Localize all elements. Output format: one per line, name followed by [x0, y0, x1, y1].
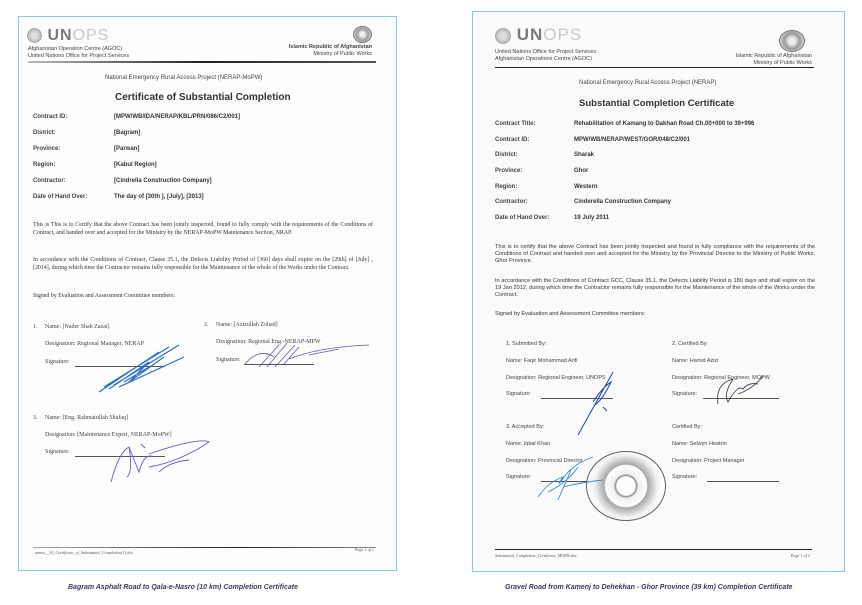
signed-by-paragraph: Signed by Evaluation and Assessment Comm…: [495, 311, 815, 318]
field-value: 19 July 2011: [574, 215, 609, 221]
field-label: District:: [495, 152, 518, 158]
field-label: Contractor:: [33, 178, 66, 184]
field-label: Province:: [495, 168, 522, 174]
gov-line-2: Ministry of Public Works: [313, 51, 372, 57]
signatory-name: Name: [Nader Shah Zazai]: [45, 324, 109, 330]
signatory-role: 3. Accepted By:: [506, 424, 544, 430]
org-line-1: United Nations Office for Project Servic…: [495, 49, 596, 55]
project-name: National Emergency Rural Access Project …: [579, 80, 716, 86]
defects-liability-paragraph: In accordance with the Conditions of Con…: [33, 257, 373, 272]
field-label: Contract ID:: [495, 137, 529, 143]
field-value: Cinderella Construction Company: [574, 199, 671, 205]
field-label: Date of Hand Over:: [495, 215, 549, 221]
certification-paragraph: This is to certify that the above Contra…: [495, 244, 815, 266]
caption-ghor: Gravel Road from Kamenj to Dehekhan - Gh…: [505, 584, 792, 591]
certificate-bagram: UNOPS Afghanistan Operation Centre (AGOC…: [18, 16, 397, 571]
signature-label: Signature:: [45, 449, 70, 455]
signatory-role: Certified By:: [672, 424, 702, 430]
certification-paragraph: This is This is to Certify that the abov…: [33, 222, 373, 237]
signatory-number: 2.: [204, 322, 209, 328]
signature-scribble-icon: [229, 337, 379, 372]
footer-rule: [33, 547, 376, 548]
field-value: Sharak: [574, 152, 594, 158]
signatory-number: 3.: [33, 415, 38, 421]
footer-rule: [495, 549, 812, 550]
org-line-2: United Nations Office for Project Servic…: [28, 53, 129, 59]
signature-label: Signature:: [506, 474, 531, 480]
signatory-name: Name: [Azizullah Zohad]: [216, 322, 278, 328]
signatory-name: Name: Iqbal Khan: [506, 441, 550, 447]
signature-scribble-icon: [573, 367, 623, 437]
gov-line-1: Islamic Republic of Afghanistan: [289, 44, 372, 50]
defects-liability-paragraph: In accordance with the Conditions of Con…: [495, 278, 815, 300]
field-value: [Cindrella Construction Company]: [114, 178, 212, 184]
un-globe-icon: [495, 28, 511, 44]
signature-label: Signature:: [672, 391, 697, 397]
un-globe-icon: [27, 28, 42, 43]
field-value: [Parwan]: [114, 146, 139, 152]
signatory-number: 1.: [33, 324, 38, 330]
field-value: [Bagram]: [114, 130, 140, 136]
header-rule: [495, 67, 814, 68]
caption-bagram: Bagram Asphalt Road to Qala-e-Nasro (10 …: [68, 584, 298, 591]
field-value: Ghor: [574, 168, 588, 174]
signatory-role: 2. Certified By:: [672, 341, 708, 347]
gov-line-2: Ministry of Public Works: [753, 60, 812, 66]
project-name: National Emergency Rural Access Project …: [105, 75, 262, 81]
field-label: Contract Title:: [495, 121, 536, 127]
org-line-2: Afghanistan Operations Centre (AGOC): [495, 56, 592, 62]
signatory-name: Name: Selwyn Heaton: [672, 441, 727, 447]
field-label: Contract ID:: [33, 114, 67, 120]
footer-filename: annex__30_Certificate_of_Substantial_Com…: [35, 550, 133, 555]
certificate-title: Certificate of Substantial Completion: [115, 92, 291, 103]
signature-label: Signature:: [506, 391, 531, 397]
field-label: Region:: [495, 184, 517, 190]
certificate-ghor: UNOPS United Nations Office for Project …: [472, 11, 845, 572]
signature-scribble-icon: [99, 432, 219, 492]
field-value: Western: [574, 184, 598, 190]
field-value: [MPW/WB/IDA/NERAP/KBL/PRN/086/C2/001]: [114, 114, 240, 120]
gov-line-1: Islamic Republic of Afghanistan: [736, 53, 812, 59]
signed-by-paragraph: Signed by Evaluation and Assessment Comm…: [33, 293, 373, 301]
signatory-name: Name: [Eng. Rahmatullah Shafaq]: [45, 415, 128, 421]
signatory-role: 1. Submitted By:: [506, 341, 546, 347]
signature-line: [707, 481, 779, 482]
afghanistan-emblem-icon: [779, 30, 805, 52]
signature-scribble-icon: [533, 452, 613, 502]
field-label: District:: [33, 130, 56, 136]
afghanistan-emblem-icon: [353, 26, 372, 43]
field-value: The day of [30th ], [July], [2013]: [114, 194, 204, 200]
footer-page-number: Page 1 of 1: [791, 553, 810, 558]
signature-scribble-icon: [713, 374, 768, 409]
field-label: Contractor:: [495, 199, 528, 205]
field-value: [Kabul Region]: [114, 162, 157, 168]
field-label: Province:: [33, 146, 60, 152]
signatory-name: Name: Faqir Mohammad Arifi: [506, 358, 578, 364]
signatory-designation: Designation: Project Manager: [672, 458, 744, 464]
signature-label: Signature:: [672, 474, 697, 480]
field-label: Region:: [33, 162, 55, 168]
unops-logo: UNOPS: [27, 27, 109, 45]
header-rule: [28, 61, 376, 63]
unops-logo: UNOPS: [495, 25, 582, 45]
field-label: Date of Hand Over:: [33, 194, 87, 200]
field-value: Rehabilitation of Kamang to Dakhan Road …: [574, 121, 754, 127]
footer-page-number: Page 1 of 1: [355, 547, 374, 552]
field-value: MPW/WB/NERAP/WEST/GOR/048/C2/001: [574, 137, 690, 143]
certificate-title: Substantial Completion Certificate: [579, 98, 734, 109]
signatory-name: Name: Hamid Azizi: [672, 358, 718, 364]
footer-filename: Substantial_Completion_Certificate_MOPW.…: [495, 553, 577, 558]
signature-scribble-icon: [89, 337, 199, 397]
org-line-1: Afghanistan Operation Centre (AGOC): [28, 46, 122, 52]
signature-label: Signature:: [45, 359, 70, 365]
